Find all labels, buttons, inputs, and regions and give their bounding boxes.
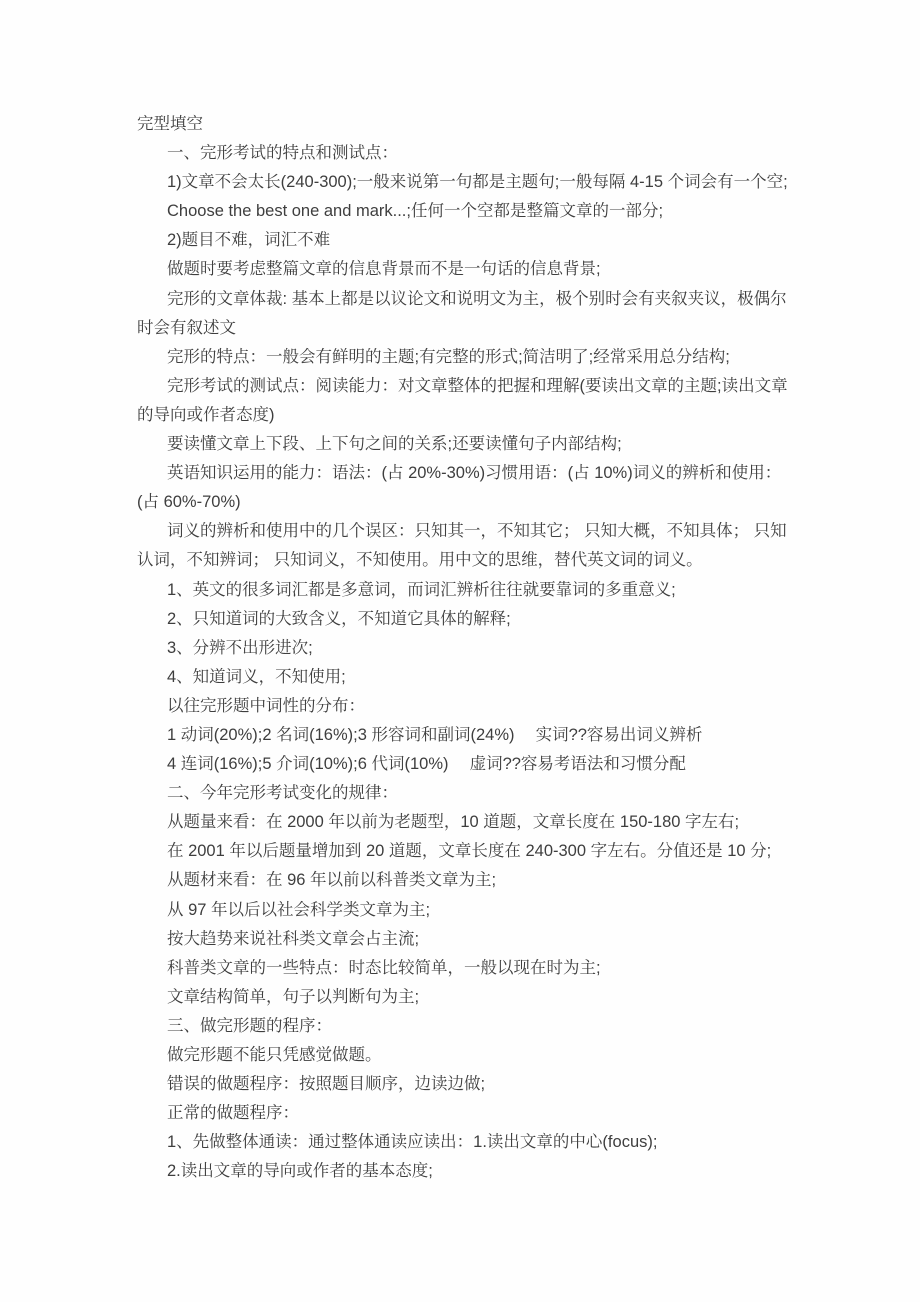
text-line: 词义的辨析和使用中的几个误区：只知其一，不知其它； 只知大概，不知具体； 只知 xyxy=(137,517,810,546)
text-line: 认词，不知辨词； 只知词义，不知使用。用中文的思维，替代英文词的词义。 xyxy=(137,546,810,575)
text-line: 完形的特点：一般会有鲜明的主题;有完整的形式;简洁明了;经常采用总分结构; xyxy=(137,343,810,372)
text-line: 1 动词(20%);2 名词(16%);3 形容词和副词(24%) 实词??容易… xyxy=(137,721,810,750)
text-line: 4、知道词义，不知使用; xyxy=(137,663,810,692)
text-line: 从题量来看：在 2000 年以前为老题型，10 道题，文章长度在 150-180… xyxy=(137,808,810,837)
text-line: 一、完形考试的特点和测试点： xyxy=(137,139,810,168)
text-line: 4 连词(16%);5 介词(10%);6 代词(10%) 虚词??容易考语法和… xyxy=(137,750,810,779)
text-line: 3、分辨不出形进次; xyxy=(137,634,810,663)
text-line: 2、只知道词的大致含义，不知道它具体的解释; xyxy=(137,605,810,634)
document-page: 完型填空一、完形考试的特点和测试点：1)文章不会太长(240-300);一般来说… xyxy=(0,0,920,1302)
text-line: 文章结构简单，句子以判断句为主; xyxy=(137,983,810,1012)
text-line: 在 2001 年以后题量增加到 20 道题，文章长度在 240-300 字左右。… xyxy=(137,837,810,866)
text-line: 从 97 年以后以社会科学类文章为主; xyxy=(137,896,810,925)
text-line: 的导向或作者态度) xyxy=(137,401,810,430)
text-line: 以往完形题中词性的分布： xyxy=(137,692,810,721)
document-title: 完型填空 xyxy=(137,110,810,139)
text-line: 完形的文章体裁: 基本上都是以议论文和说明文为主，极个别时会有夹叙夹议，极偶尔 xyxy=(137,285,810,314)
text-line: 做题时要考虑整篇文章的信息背景而不是一句话的信息背景; xyxy=(137,255,810,284)
text-line: 错误的做题程序：按照题目顺序，边读边做; xyxy=(137,1070,810,1099)
text-line: 2.读出文章的导向或作者的基本态度; xyxy=(137,1157,810,1186)
text-line: 二、今年完形考试变化的规律： xyxy=(137,779,810,808)
text-line: 科普类文章的一些特点：时态比较简单，一般以现在时为主; xyxy=(137,954,810,983)
text-line: Choose the best one and mark...;任何一个空都是整… xyxy=(137,197,810,226)
text-line: 做完形题不能只凭感觉做题。 xyxy=(137,1041,810,1070)
text-line: 正常的做题程序： xyxy=(137,1099,810,1128)
text-line: 完形考试的测试点：阅读能力：对文章整体的把握和理解(要读出文章的主题;读出文章 xyxy=(137,372,810,401)
text-line: 1、英文的很多词汇都是多意词，而词汇辨析往往就要靠词的多重意义; xyxy=(137,576,810,605)
text-line: 英语知识运用的能力：语法：(占 20%-30%)习惯用语：(占 10%)词义的辨… xyxy=(137,459,810,488)
text-line: 按大趋势来说社科类文章会占主流; xyxy=(137,925,810,954)
text-line: 三、做完形题的程序： xyxy=(137,1012,810,1041)
text-line: 时会有叙述文 xyxy=(137,314,810,343)
text-line: 2)题目不难，词汇不难 xyxy=(137,226,810,255)
text-line: (占 60%-70%) xyxy=(137,488,810,517)
text-line: 从题材来看：在 96 年以前以科普类文章为主; xyxy=(137,866,810,895)
text-line: 1、先做整体通读：通过整体通读应读出：1.读出文章的中心(focus); xyxy=(137,1128,810,1157)
text-line: 要读懂文章上下段、上下句之间的关系;还要读懂句子内部结构; xyxy=(137,430,810,459)
text-line: 1)文章不会太长(240-300);一般来说第一句都是主题句;一般每隔 4-15… xyxy=(137,168,810,197)
